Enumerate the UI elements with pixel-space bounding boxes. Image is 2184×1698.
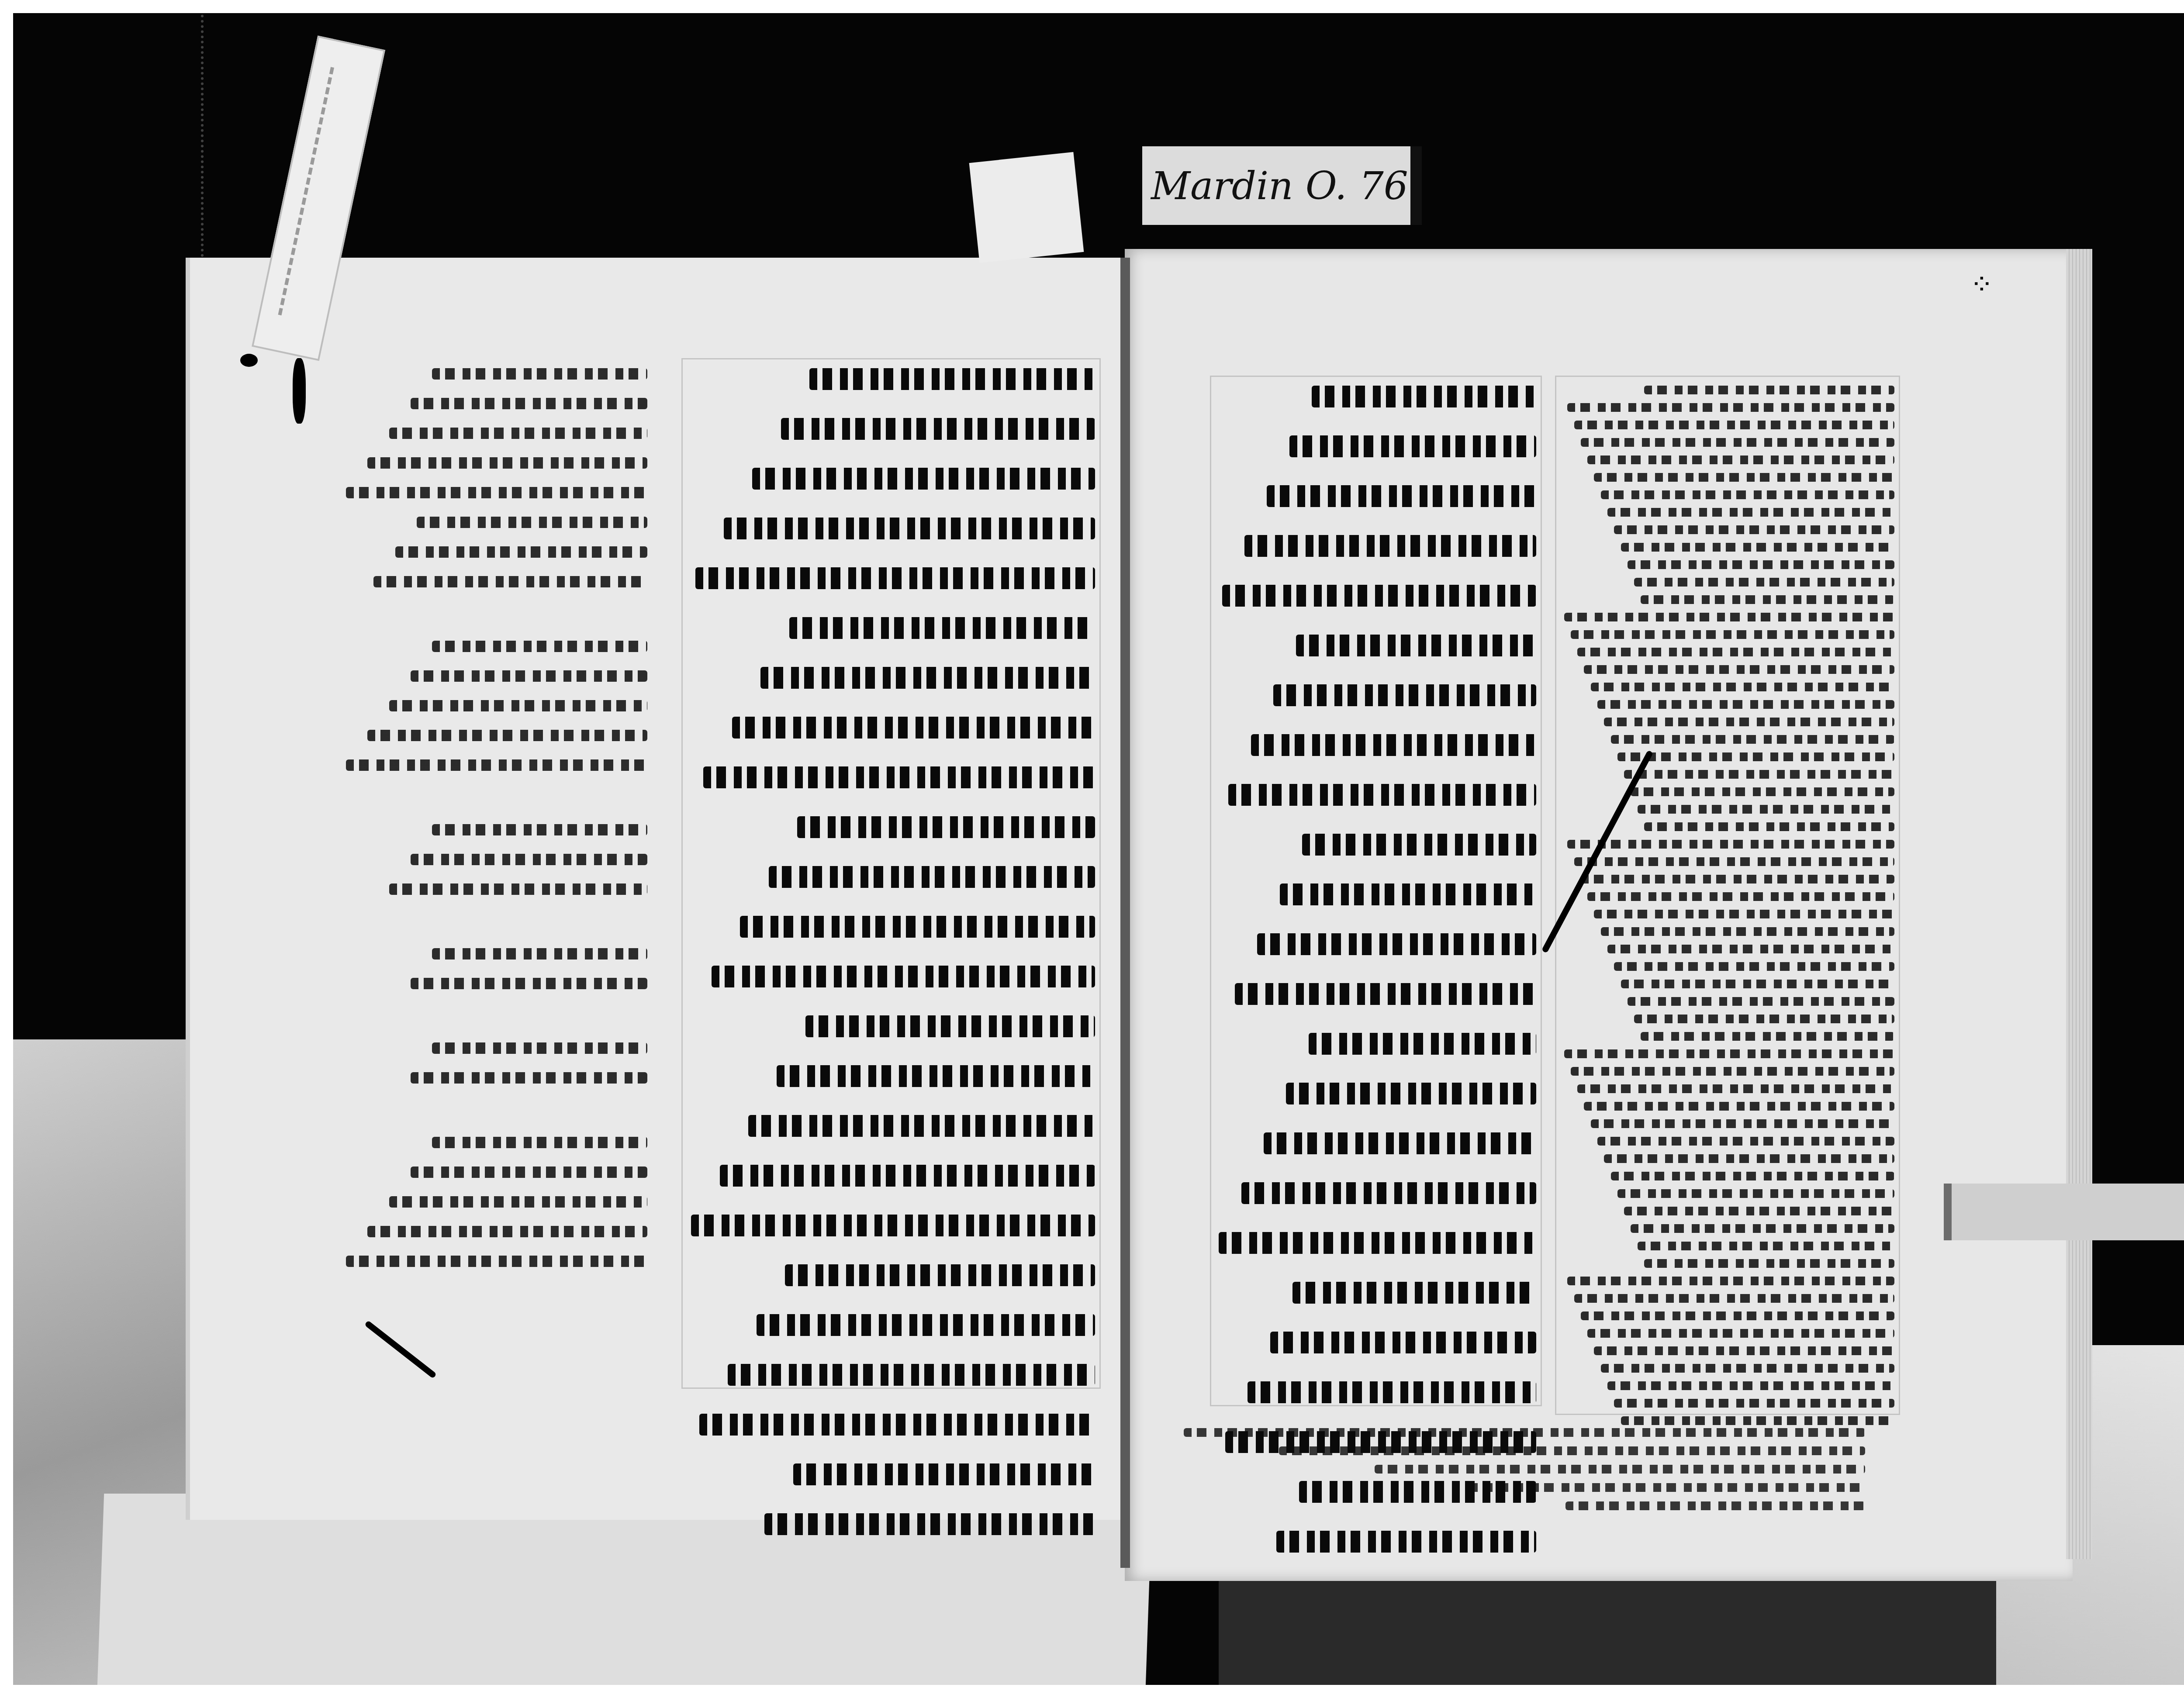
script-line xyxy=(687,617,1095,644)
script-line xyxy=(1561,1049,1894,1061)
script-line xyxy=(1216,585,1536,612)
script-line xyxy=(1216,535,1536,562)
script-line xyxy=(1216,1381,1536,1408)
script-line xyxy=(687,1314,1095,1341)
script-line xyxy=(1561,1399,1894,1410)
script-line xyxy=(1561,962,1894,973)
script-line xyxy=(340,368,647,383)
script-line xyxy=(1561,1084,1894,1096)
script-line xyxy=(687,1414,1095,1441)
script-line xyxy=(340,641,647,656)
script-line xyxy=(1561,595,1894,607)
left-page-outer-column xyxy=(334,358,653,1437)
script-line xyxy=(340,517,647,531)
script-line xyxy=(340,487,647,502)
script-line xyxy=(687,1115,1095,1142)
script-line xyxy=(1216,684,1536,711)
script-line xyxy=(687,368,1095,395)
script-line xyxy=(1216,1033,1536,1060)
script-line xyxy=(1561,1277,1894,1288)
script-line xyxy=(1216,1282,1536,1309)
script-line xyxy=(340,1137,647,1152)
script-line xyxy=(687,667,1095,694)
script-line xyxy=(1216,884,1536,911)
page-edges xyxy=(2066,249,2092,1559)
script-line xyxy=(340,576,647,591)
script-line xyxy=(1561,980,1894,991)
script-line xyxy=(1561,508,1894,519)
script-line xyxy=(1216,1332,1536,1359)
script-line xyxy=(687,518,1095,545)
script-line xyxy=(340,884,647,898)
left-page-inner-column xyxy=(681,358,1101,1389)
script-line xyxy=(1561,421,1894,432)
script-line xyxy=(340,759,647,774)
script-line xyxy=(1216,734,1536,761)
bottom-marginal-note xyxy=(1184,1428,1865,1520)
book-gutter xyxy=(1120,258,1130,1568)
script-line xyxy=(687,816,1095,843)
script-line xyxy=(1216,784,1536,811)
photo-frame: Mardin O. 76 ⁘ xyxy=(13,13,2184,1685)
script-line xyxy=(687,1065,1095,1092)
script-line xyxy=(687,717,1095,744)
script-line xyxy=(1561,735,1894,746)
script-line xyxy=(1561,1189,1894,1201)
script-line xyxy=(1216,834,1536,861)
ink-blot xyxy=(240,354,258,367)
script-line xyxy=(1216,435,1536,462)
script-line xyxy=(1184,1483,1865,1494)
script-line xyxy=(687,1215,1095,1242)
script-line xyxy=(1216,1531,1536,1558)
script-line xyxy=(687,418,1095,445)
paper-scrap xyxy=(969,152,1084,263)
script-line xyxy=(1561,997,1894,1008)
script-line xyxy=(1561,1294,1894,1305)
script-line xyxy=(1561,665,1894,676)
script-line xyxy=(687,1513,1095,1540)
script-line xyxy=(1561,1102,1894,1113)
script-line xyxy=(1561,857,1894,869)
script-line xyxy=(1561,787,1894,799)
script-line xyxy=(1216,485,1536,512)
script-line xyxy=(1561,1311,1894,1323)
script-line xyxy=(1561,438,1894,449)
block-gap xyxy=(340,789,647,824)
block-gap xyxy=(340,1285,647,1320)
script-line xyxy=(1561,1381,1894,1393)
shelfmark-label: Mardin O. 76 xyxy=(1142,146,1422,225)
script-line xyxy=(687,1165,1095,1192)
script-line xyxy=(1561,945,1894,956)
script-line xyxy=(340,1167,647,1181)
script-line xyxy=(1216,386,1536,413)
script-line xyxy=(687,866,1095,893)
script-line xyxy=(1561,752,1894,764)
block-gap xyxy=(340,913,647,948)
script-line xyxy=(1561,910,1894,921)
script-line xyxy=(1561,630,1894,642)
script-line xyxy=(1561,456,1894,467)
script-line xyxy=(1561,770,1894,781)
script-line xyxy=(1561,700,1894,711)
script-line xyxy=(340,428,647,442)
script-line xyxy=(340,1256,647,1270)
script-line xyxy=(1561,1416,1894,1428)
script-line xyxy=(1184,1428,1865,1439)
script-line xyxy=(687,1463,1095,1491)
script-line xyxy=(1561,473,1894,484)
script-line xyxy=(340,546,647,561)
script-line xyxy=(1216,983,1536,1010)
four-dot-ornament-icon: ⁘ xyxy=(1970,271,1994,299)
script-line xyxy=(1561,1172,1894,1183)
script-line xyxy=(340,978,647,993)
script-line xyxy=(687,1264,1095,1291)
script-line xyxy=(1561,1119,1894,1131)
block-gap xyxy=(340,1102,647,1137)
script-line xyxy=(340,1196,647,1211)
script-line xyxy=(1561,1242,1894,1253)
script-line xyxy=(1216,1083,1536,1110)
script-line xyxy=(687,468,1095,495)
script-line xyxy=(1561,892,1894,904)
block-gap xyxy=(340,1008,647,1042)
script-line xyxy=(1561,613,1894,624)
script-line xyxy=(1561,490,1894,502)
page-clip-right xyxy=(1944,1184,2184,1240)
script-line xyxy=(687,966,1095,993)
script-line xyxy=(1561,1067,1894,1078)
script-line xyxy=(1561,1259,1894,1270)
script-line xyxy=(687,1015,1095,1042)
script-line xyxy=(1561,1364,1894,1375)
script-line xyxy=(1561,1154,1894,1166)
script-line xyxy=(1561,840,1894,851)
script-line xyxy=(1184,1501,1865,1513)
script-line xyxy=(340,457,647,472)
script-line xyxy=(1561,543,1894,554)
script-line xyxy=(1561,560,1894,572)
script-line xyxy=(1216,933,1536,960)
script-line xyxy=(1561,927,1894,939)
script-line xyxy=(687,567,1095,594)
script-line xyxy=(1216,1182,1536,1209)
ink-blot xyxy=(293,358,306,424)
script-line xyxy=(1561,1207,1894,1218)
script-line xyxy=(340,730,647,745)
shelfmark-text: Mardin O. 76 xyxy=(1151,163,1408,208)
script-line xyxy=(1561,1015,1894,1026)
script-line xyxy=(1561,578,1894,589)
script-line xyxy=(1216,1132,1536,1160)
script-line xyxy=(1561,403,1894,414)
script-line xyxy=(340,1072,647,1087)
script-line xyxy=(1561,1137,1894,1148)
script-line xyxy=(1561,648,1894,659)
script-line xyxy=(340,398,647,413)
script-line xyxy=(687,916,1095,943)
script-line xyxy=(340,824,647,839)
script-line xyxy=(687,1364,1095,1391)
script-line xyxy=(1561,1329,1894,1340)
script-line xyxy=(1561,1346,1894,1358)
script-line xyxy=(1561,386,1894,397)
block-gap xyxy=(340,606,647,641)
script-line xyxy=(1561,683,1894,694)
script-line xyxy=(1561,525,1894,537)
script-line xyxy=(1184,1446,1865,1458)
script-line xyxy=(1561,1224,1894,1236)
script-line xyxy=(340,854,647,869)
script-line xyxy=(1561,1032,1894,1043)
script-line xyxy=(1561,718,1894,729)
script-line xyxy=(1216,635,1536,662)
script-line xyxy=(1561,875,1894,886)
script-line xyxy=(340,948,647,963)
script-line xyxy=(340,1226,647,1241)
script-line xyxy=(1216,1232,1536,1259)
script-line xyxy=(340,700,647,715)
right-page-inner-column xyxy=(1210,376,1542,1406)
right-page-outer-column xyxy=(1555,376,1900,1415)
script-line xyxy=(340,1042,647,1057)
script-line xyxy=(340,670,647,685)
script-line xyxy=(1184,1465,1865,1476)
script-line xyxy=(687,766,1095,794)
script-line xyxy=(1561,805,1894,816)
